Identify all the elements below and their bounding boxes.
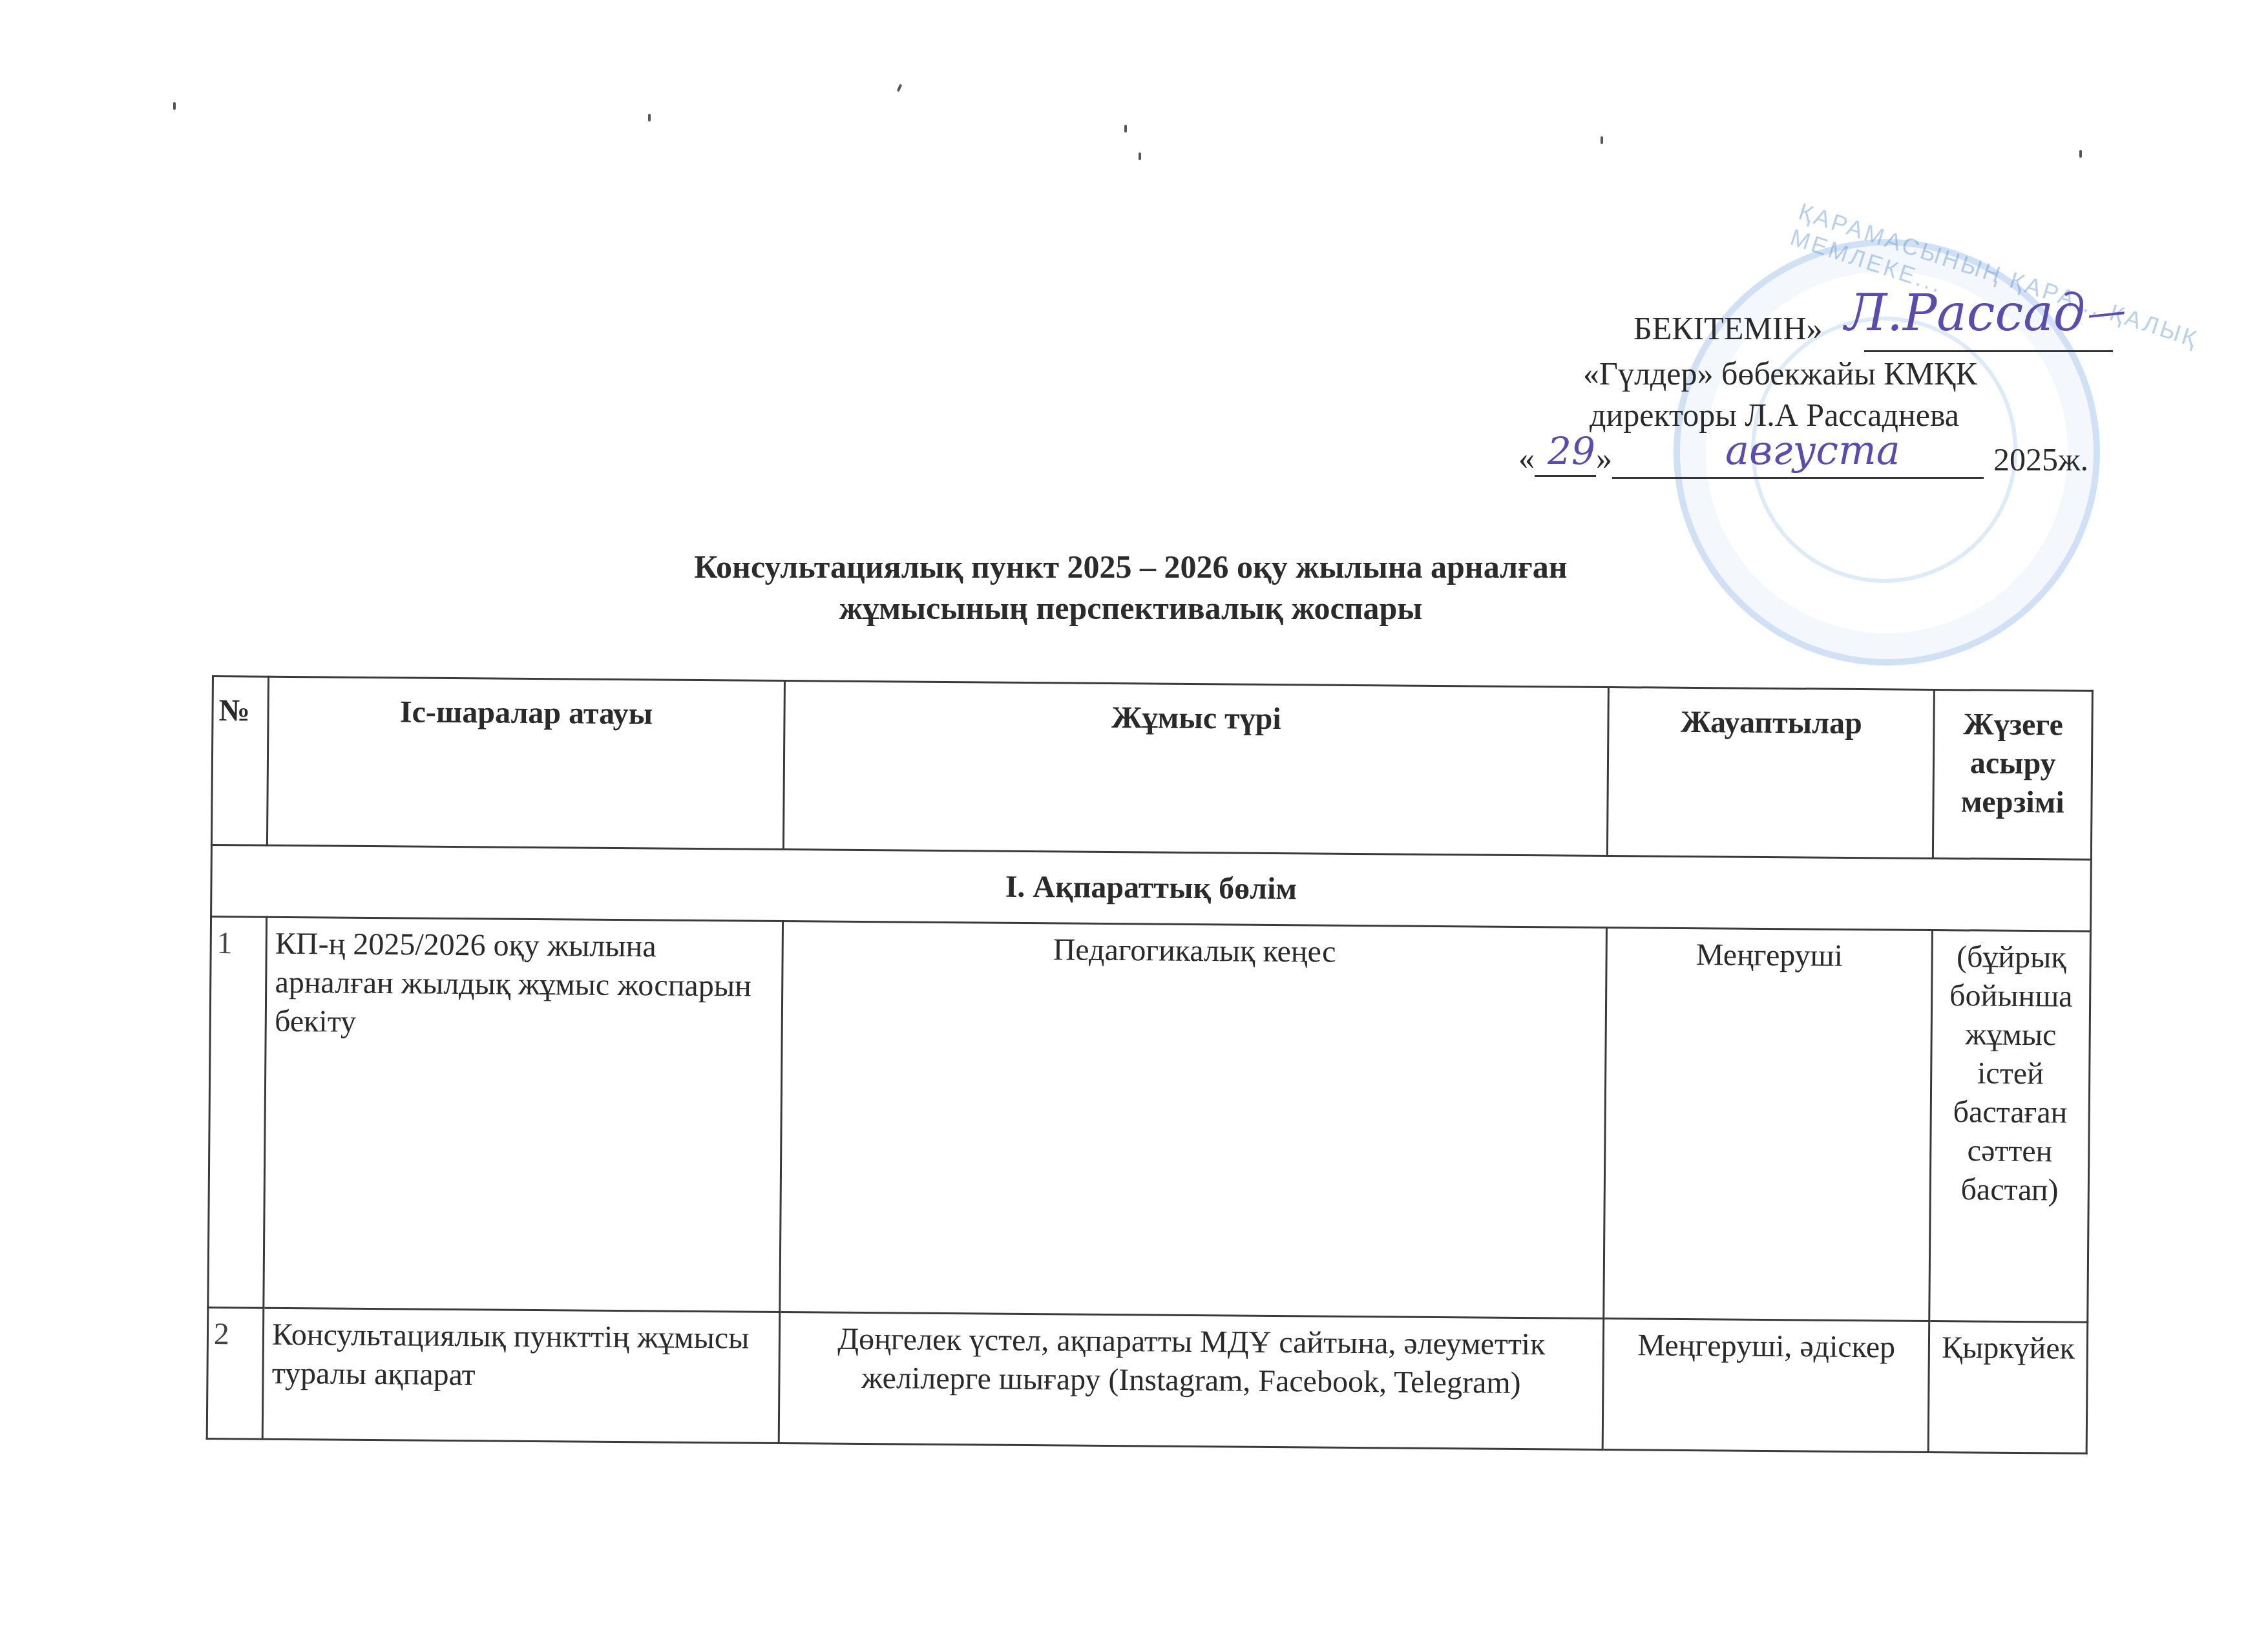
header-work-type: Жұмыс түрі [783,680,1608,856]
signature-stroke-icon: — [2085,288,2128,337]
table-header-row: № Іс-шаралар атауы Жұмыс түрі Жауаптылар… [211,677,2092,860]
row-number: 2 [207,1307,264,1439]
table-row: 1 КП-ң 2025/2026 оқу жылына арналған жыл… [208,917,2091,1323]
director-line: директоры Л.А Рассаднева [1590,395,2236,434]
scan-speck [648,114,651,121]
month-underline [1612,477,1984,479]
date-month: августа [1725,426,1900,474]
date-close-quote: » [1596,439,1612,477]
row-term: (бұйрық бойынша жұмыс істей бастаған сәт… [1929,930,2090,1322]
scan-speck [1601,136,1603,144]
scan-speck [1139,152,1141,160]
plan-table: № Іс-шаралар атауы Жұмыс түрі Жауаптылар… [206,675,2094,1455]
title-line-2: жұмысының перспективалық жоспары [517,587,1745,629]
row-work-type: Педагогикалық кеңес [780,921,1607,1318]
scan-speck [897,84,903,92]
scan-speck [1124,125,1127,132]
row-responsible: Меңгеруші, әдіскер [1602,1318,1929,1452]
row-event-name: Консультациялық пункттің жұмысы туралы а… [262,1308,779,1443]
document-page: ҚАРАМАСЫНЫҢ ҚАРА... ҚАЛЫҚ МЕМЛЕКЕ... БЕК… [0,0,2268,1649]
date-open-quote: « [1518,439,1535,477]
row-term: Қыркүйек [1929,1321,2088,1453]
date-day: 29 [1548,429,1595,473]
title-line-1: Консультациялық пункт 2025 – 2026 оқу жы… [517,546,1745,587]
day-underline [1535,475,1596,477]
row-number: 1 [208,917,267,1308]
table-row: 2 Консультациялық пункттің жұмысы туралы… [207,1307,2088,1453]
header-number: № [211,677,268,846]
header-responsible: Жауаптылар [1608,687,1935,858]
header-event-name: Іс-шаралар атауы [268,677,785,849]
header-term: Жүзеге асыру мерзімі [1933,689,2093,859]
document-title: Консультациялық пункт 2025 – 2026 оқу жы… [517,546,1745,629]
signature-underline [1864,350,2113,352]
director-signature: Л.Рассад [1845,284,2085,342]
row-responsible: Меңгеруші [1604,927,1933,1321]
scan-speck [173,102,176,110]
organization-line: «Гүлдер» бөбекжайы КМҚК [1583,354,2229,393]
row-event-name: КП-ң 2025/2026 оқу жылына арналған жылды… [264,917,782,1312]
row-work-type: Дөңгелек үстел, ақпаратты МДҰ сайтына, ә… [779,1312,1604,1449]
scan-speck [2079,150,2082,158]
date-year: 2025ж. [1993,441,2088,478]
